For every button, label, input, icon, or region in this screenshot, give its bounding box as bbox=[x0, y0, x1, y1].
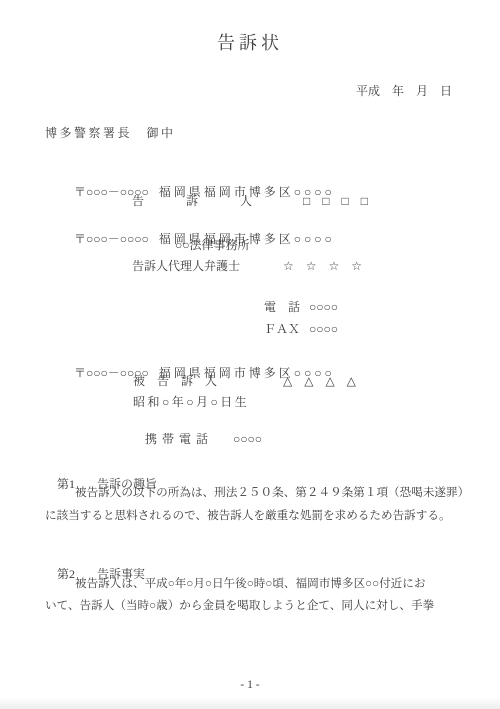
section-2-body-line-1: 被告訴人は、平成○年○月○日午後○時○頃、福岡市博多区○○付近にお bbox=[75, 576, 425, 591]
addressee-line: 博多警察署長 御中 bbox=[45, 126, 176, 141]
fax-label: ＦＡＸ bbox=[264, 322, 300, 336]
mobile-value-placeholder: ○○○○ bbox=[233, 432, 262, 446]
complainant-name-placeholder: □ □ □ □ bbox=[303, 194, 368, 209]
attorney-fax-line: ＦＡＸ○○○○ bbox=[252, 307, 338, 352]
accused-birthdate-line: 昭和○年○月○日生 bbox=[133, 395, 249, 410]
section-1-number: 第1 bbox=[57, 477, 75, 491]
fax-value-placeholder: ○○○○ bbox=[309, 322, 338, 336]
accused-name-placeholder: △ △ △ △ bbox=[283, 374, 356, 389]
attorney-postal-code: 〒○○○－○○○○ bbox=[74, 232, 149, 246]
section-2-number: 第2 bbox=[57, 567, 75, 581]
page-number: - 1 - bbox=[0, 678, 500, 693]
accused-mobile-line: 携帯電話○○○○ bbox=[133, 417, 262, 462]
criminal-complaint-document: 告訴状 平成 年 月 日 博多警察署長 御中 〒○○○－○○○○福岡県福岡市博多… bbox=[0, 0, 500, 709]
section-1-body-line-2: に該当すると思料されるので、被告訴人を厳重な処罰を求めるため告訴する。 bbox=[45, 508, 451, 523]
attorney-name-placeholder: ☆ ☆ ☆ ☆ bbox=[283, 259, 362, 274]
accused-role-label: 被 告 訴 人 bbox=[133, 374, 217, 389]
document-title: 告訴状 bbox=[0, 36, 500, 51]
attorney-role-label: 告訴人代理人弁護士 bbox=[132, 259, 240, 274]
complainant-role-label: 告 訴 人 bbox=[132, 194, 254, 209]
section-2-body-line-2: いて、告訴人（当時○歳）から金員を喝取しようと企て、同人に対し、手拳 bbox=[45, 598, 434, 613]
section-1-body-line-1: 被告訴人の以下の所為は、刑法２５０条、第２４９条第１項（恐喝未遂罪） bbox=[75, 485, 469, 500]
date-line: 平成 年 月 日 bbox=[356, 84, 452, 99]
attorney-office-name: ○○法律事務所 bbox=[175, 238, 250, 253]
mobile-label: 携帯電話 bbox=[145, 432, 213, 446]
